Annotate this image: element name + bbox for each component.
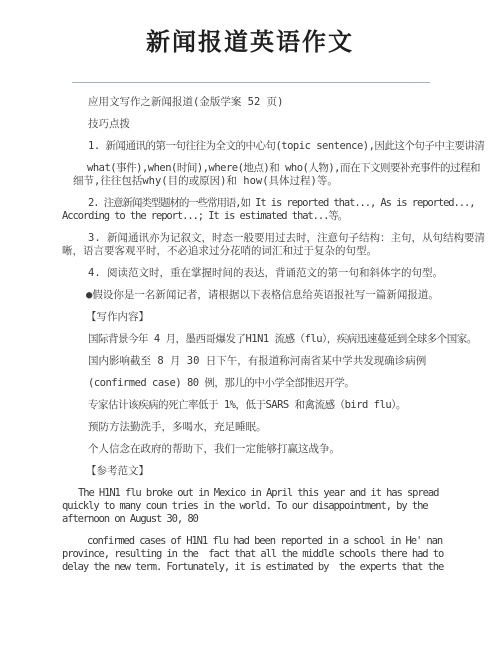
paragraph: 预防方法勤洗手，多喝水，充足睡眠。 (62, 421, 438, 434)
doc-line: 1. 新闻通讯的第一句往往为全文的中心句(topic sentence),因此这… (62, 140, 438, 153)
paragraph: 2. 注意新闻类型题材的一些常用语,如 It is reported that.… (62, 197, 438, 223)
doc-line: confirmed cases of H1N1 flu had been rep… (62, 535, 438, 548)
doc-line: 4. 阅读范文时，重在掌握时间的表达，背诵范文的第一句和斜体字的句型。 (62, 267, 438, 280)
paragraph: 【参考范文】 (62, 465, 438, 478)
paragraph: 技巧点拨 (62, 118, 438, 131)
paragraph: confirmed cases of H1N1 flu had been rep… (62, 535, 438, 574)
doc-line: delay the new term. Fortunately, it is e… (62, 561, 438, 574)
doc-line: According to the report...; It is estima… (62, 210, 438, 223)
paragraph: 应用文写作之新闻报道(金版学案 52 页) (62, 96, 438, 109)
doc-line: 3. 新闻通讯亦为记叙文，时态一般要用过去时，注意句子结构：主句，从句结构要清 (62, 232, 438, 245)
doc-line: ●假设你是一名新闻记者，请根据以下表格信息给英语报社写一篇新闻报道。 (62, 289, 438, 302)
doc-line: 晰，语言要客观平时，不必追求过分花哨的词汇和过于复杂的句型。 (62, 245, 438, 258)
paragraph: 个人信念在政府的帮助下，我们一定能够打赢这战争。 (62, 443, 438, 456)
doc-line: what(事件),when(时间),where(地点)和 who(人物),而在下… (62, 162, 438, 175)
paragraph: The H1N1 flu broke out in Mexico in Apri… (62, 487, 438, 526)
paragraph: 专家估计该疾病的死亡率低于 1%，低于SARS 和禽流感（bird flu）。 (62, 399, 438, 412)
paragraph: 国际背景今年 4 月，墨西哥爆发了H1N1 流感（flu），疾病迅速蔓延到全球多… (62, 333, 438, 346)
doc-line: 专家估计该疾病的死亡率低于 1%，低于SARS 和禽流感（bird flu）。 (62, 399, 438, 412)
paragraph: 3. 新闻通讯亦为记叙文，时态一般要用过去时，注意句子结构：主句，从句结构要清晰… (62, 232, 438, 258)
paragraph: 4. 阅读范文时，重在掌握时间的表达，背诵范文的第一句和斜体字的句型。 (62, 267, 438, 280)
doc-line: 国内影响截至 8 月 30 日下午，有报道称河南省某中学共发现确诊病例 (62, 355, 438, 368)
doc-line: 【参考范文】 (62, 465, 438, 478)
doc-line: afternoon on August 30, 80 (62, 513, 438, 526)
paragraph: ●假设你是一名新闻记者，请根据以下表格信息给英语报社写一篇新闻报道。 (62, 289, 438, 302)
doc-line: (confirmed case) 80 例，那儿的中小学全部推迟开学。 (62, 377, 438, 390)
doc-line: province, resulting in the fact that all… (62, 548, 438, 561)
doc-line: 预防方法勤洗手，多喝水，充足睡眠。 (62, 421, 438, 434)
doc-line: The H1N1 flu broke out in Mexico in Apri… (62, 487, 438, 500)
paragraph: what(事件),when(时间),where(地点)和 who(人物),而在下… (62, 162, 438, 188)
doc-line: 细节,往往包括why(目的或原因)和 how(具体过程)等。 (62, 175, 438, 188)
paragraph: 国内影响截至 8 月 30 日下午，有报道称河南省某中学共发现确诊病例 (62, 355, 438, 368)
document-body: 应用文写作之新闻报道(金版学案 52 页)技巧点拨1. 新闻通讯的第一句往往为全… (0, 83, 438, 574)
doc-line: 应用文写作之新闻报道(金版学案 52 页) (62, 96, 438, 109)
paragraph: 【写作内容】 (62, 311, 438, 324)
doc-line: 2. 注意新闻类型题材的一些常用语,如 It is reported that.… (62, 197, 438, 210)
document-page: 新闻报道英语作文 应用文写作之新闻报道(金版学案 52 页)技巧点拨1. 新闻通… (0, 0, 500, 647)
paragraph: (confirmed case) 80 例，那儿的中小学全部推迟开学。 (62, 377, 438, 390)
doc-line: 个人信念在政府的帮助下，我们一定能够打赢这战争。 (62, 443, 438, 456)
doc-line: quickly to many coun tries in the world.… (62, 500, 438, 513)
doc-line: 国际背景今年 4 月，墨西哥爆发了H1N1 流感（flu），疾病迅速蔓延到全球多… (62, 333, 438, 346)
doc-line: 技巧点拨 (62, 118, 438, 131)
paragraph: 1. 新闻通讯的第一句往往为全文的中心句(topic sentence),因此这… (62, 140, 438, 153)
doc-line: 【写作内容】 (62, 311, 438, 324)
page-title: 新闻报道英语作文 (0, 0, 500, 60)
